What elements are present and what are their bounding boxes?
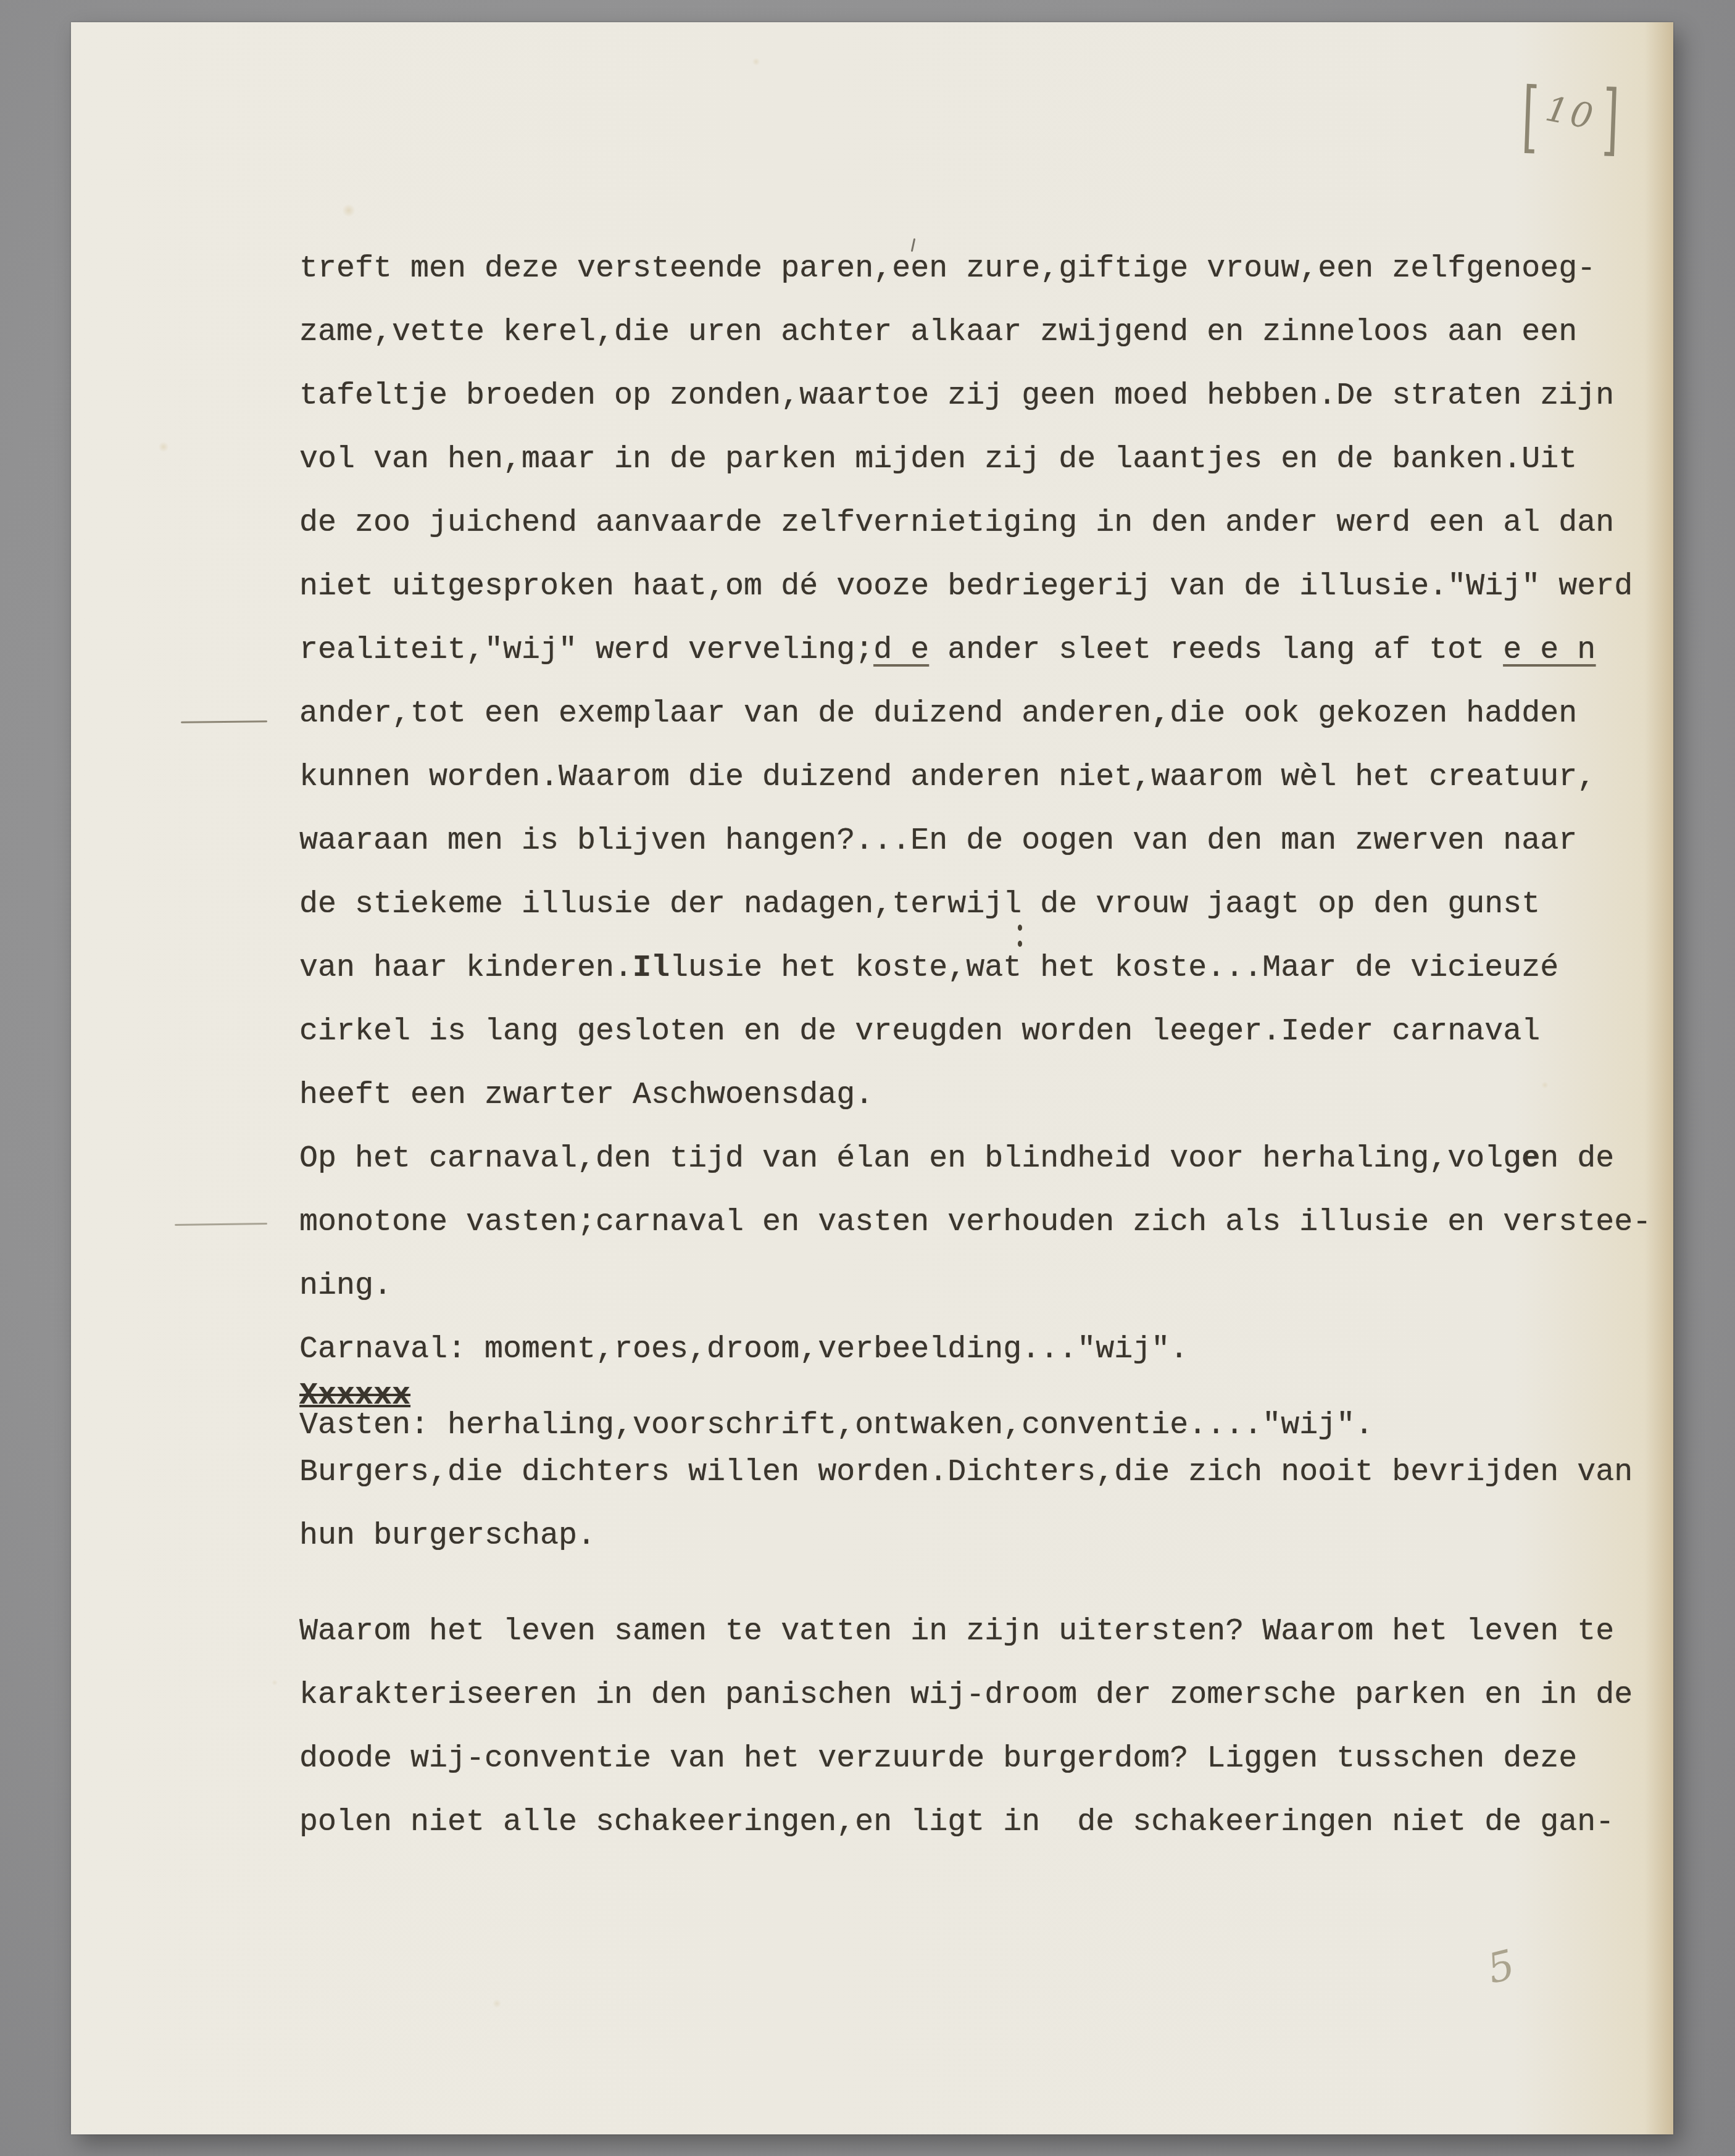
typescript-lines: treft men deze versteende paren,een zure… (299, 22, 1673, 2134)
text-line: ning. (299, 1254, 1673, 1318)
text-segment: waaraan men is blijven hangen?...En de o… (299, 823, 1577, 859)
text-segment: e e n (1503, 633, 1596, 668)
typescript-page: [ 10 ] treft men deze versteende paren,e… (71, 22, 1673, 2134)
text-segment: polen niet alle schakeeringen,en ligt in… (299, 1805, 1614, 1840)
text-line: tafeltje broeden op zonden,waartoe zij g… (299, 364, 1673, 428)
text-segment: karakteriseeren in den panischen wij-dro… (299, 1678, 1633, 1713)
text-segment: vol van hen,maar in de parken mijden zij… (299, 442, 1577, 477)
text-segment: niet uitgesproken haat,om dé vooze bedri… (299, 569, 1633, 604)
text-segment: ander,tot een exemplaar van de duizend a… (299, 696, 1151, 731)
text-line: de stiekeme illusie der nadagen,terwijl … (299, 873, 1673, 936)
text-line: Carnaval: moment,roes,droom,verbeelding.… (299, 1318, 1673, 1381)
text-segment: zame,vette kerel,die uren achter alkaar … (299, 315, 1577, 350)
text-segment: e (1521, 1141, 1540, 1176)
pencil-margin-dash (175, 1223, 267, 1226)
text-segment: lusie het koste,wat het koste...Maar de … (670, 951, 1558, 986)
screenshot-root: { "page": { "background_color": "#919192… (0, 0, 1735, 2156)
text-segment: kunnen worden.Waarom die duizend anderen… (299, 760, 1596, 795)
text-segment: Op het carnaval,den tijd van élan en bli… (299, 1141, 1521, 1176)
text-segment: de stiekeme illusie der nadagen,terwijl … (299, 887, 1540, 922)
text-line: cirkel is lang gesloten en de vreugden w… (299, 1000, 1673, 1063)
text-line: Vasten: herhaling,voorschrift,ontwaken,c… (299, 1411, 1673, 1441)
text-line: waaraan men is blijven hangen?...En de o… (299, 809, 1673, 873)
text-line: heeft een zwarter Aschwoensdag. (299, 1063, 1673, 1127)
text-line: niet uitgesproken haat,om dé vooze bedri… (299, 555, 1673, 618)
text-line: hun burgerschap. (299, 1504, 1673, 1568)
text-segment: doode wij-conventie van het verzuurde bu… (299, 1741, 1577, 1776)
text-line: polen niet alle schakeeringen,en ligt in… (299, 1791, 1673, 1854)
text-line: ander,tot een exemplaar van de duizend a… (299, 682, 1673, 746)
text-segment: Carnaval: moment,roes,droom,verbeelding.… (299, 1332, 1188, 1367)
pencil-margin-dash (181, 720, 267, 723)
text-line: Op het carnaval,den tijd van élan en bli… (299, 1127, 1673, 1191)
text-line: realiteit,"wij" werd verveling;d e ander… (299, 618, 1673, 682)
text-line: Waarom het leven samen te vatten in zijn… (299, 1600, 1673, 1663)
text-segment: hun burgerschap. (299, 1518, 596, 1554)
text-segment: ning. (299, 1268, 392, 1304)
text-line: kunnen worden.Waarom die duizend anderen… (299, 746, 1673, 809)
ink-dot (1018, 941, 1022, 947)
text-segment: cirkel is lang gesloten en de vreugden w… (299, 1014, 1540, 1049)
text-segment: n de (1540, 1141, 1614, 1176)
text-segment: die ook gekozen hadden (1170, 696, 1577, 731)
text-segment: Burgers,die dichters willen worden.Dicht… (299, 1455, 1633, 1490)
ink-dot (1018, 925, 1022, 931)
text-line: monotone vasten;carnaval en vasten verho… (299, 1191, 1673, 1254)
text-segment: heeft een zwarter Aschwoensdag. (299, 1078, 873, 1113)
text-segment: van haar kinderen. (299, 951, 633, 986)
ink-mark (1018, 925, 1022, 947)
text-line: karakteriseeren in den panischen wij-dro… (299, 1663, 1673, 1727)
text-segment: treft men deze versteende paren,een zure… (299, 251, 1596, 286)
text-segment: de zoo juichend aanvaarde zelfvernietigi… (299, 506, 1614, 541)
text-line: de zoo juichend aanvaarde zelfvernietigi… (299, 491, 1673, 555)
text-line: Burgers,die dichters willen worden.Dicht… (299, 1441, 1673, 1504)
text-line: doode wij-conventie van het verzuurde bu… (299, 1727, 1673, 1791)
text-line: zame,vette kerel,die uren achter alkaar … (299, 301, 1673, 364)
text-segment: realiteit,"wij" werd verveling; (299, 633, 873, 668)
text-line: van haar kinderen.Illusie het koste,wat … (299, 936, 1673, 1000)
text-segment: ander sleet reeds lang af tot (929, 633, 1503, 668)
text-segment: monotone vasten;carnaval en vasten verho… (299, 1205, 1651, 1240)
text-segment: Vasten: herhaling,voorschrift,ontwaken,c… (299, 1408, 1373, 1443)
paragraph-gap (299, 1568, 1673, 1600)
text-line: treft men deze versteende paren,een zure… (299, 237, 1673, 301)
text-line: Xxxxxx (299, 1381, 1673, 1411)
text-segment: d e (873, 633, 929, 668)
text-segment: Waarom het leven samen te vatten in zijn… (299, 1614, 1614, 1649)
text-segment: Il (633, 951, 670, 986)
text-segment: tafeltje broeden op zonden,waartoe zij g… (299, 378, 1614, 414)
text-line: vol van hen,maar in de parken mijden zij… (299, 428, 1673, 491)
text-segment: , (1151, 696, 1170, 731)
